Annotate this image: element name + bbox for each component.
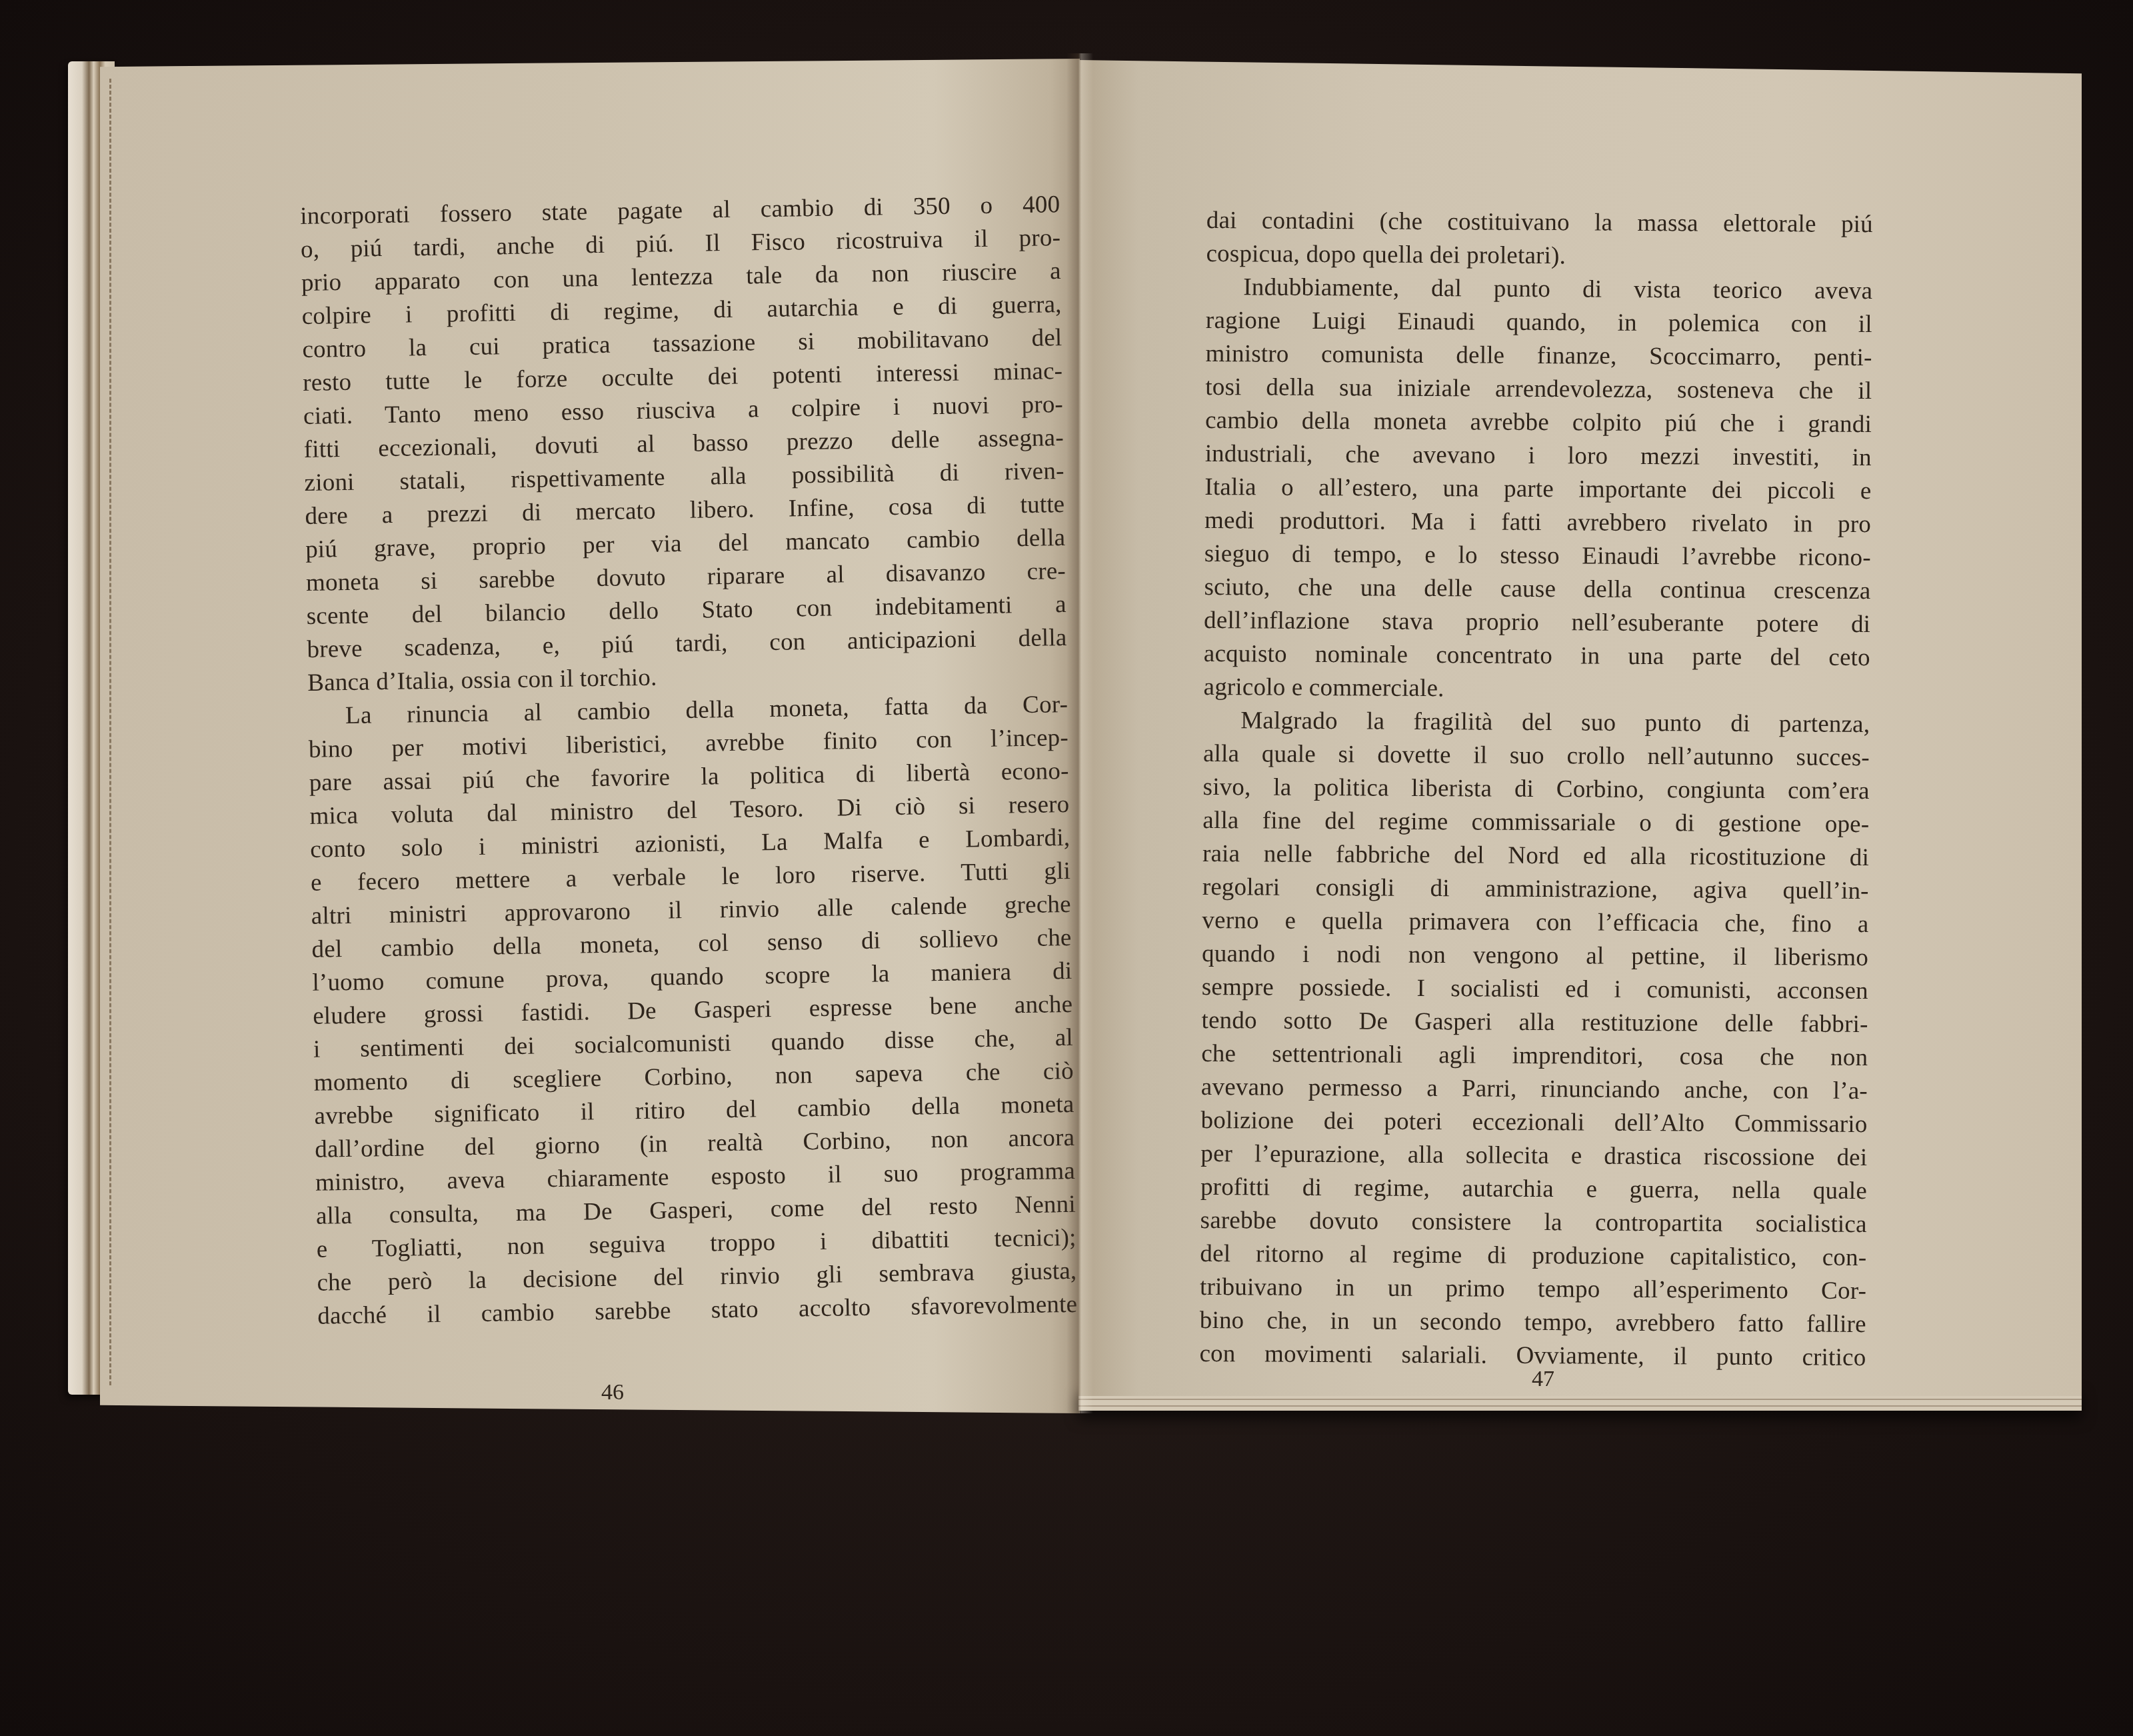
text-line: per l’epurazione, alla sollecita e drast… — [1200, 1137, 1867, 1175]
right-page: dai contadini (che costituivano la massa… — [1078, 56, 2082, 1396]
left-page: incorporati fossero state pagate al camb… — [100, 59, 1080, 1413]
text-line: agricolo e commerciale. — [1203, 671, 1870, 708]
text-line: del ritorno al regime di produzione capi… — [1200, 1237, 1866, 1275]
deckle-edge — [109, 79, 115, 1385]
text-line: ragione Luigi Einaudi quando, in polemic… — [1206, 304, 1872, 341]
text-line: sempre possiede. I socialisti ed i comun… — [1202, 971, 1868, 1008]
text-line: Italia o all’estero, una parte important… — [1204, 471, 1871, 508]
left-page-text: incorporati fossero state pagate al camb… — [300, 188, 1078, 1333]
text-line: quando i nodi non vengono al pettine, il… — [1202, 937, 1868, 975]
text-line: Malgrado la fragilità del suo punto di p… — [1203, 704, 1870, 741]
text-line: sciuto, che una delle cause della contin… — [1204, 571, 1870, 608]
text-line: medi produttori. Ma i fatti avrebbero ri… — [1204, 504, 1871, 541]
text-line: verno e quella primavera con l’efficacia… — [1202, 904, 1868, 941]
text-line: alla fine del regime commissariale o di … — [1202, 804, 1869, 841]
text-line: bolizione dei poteri eccezionali dell’Al… — [1200, 1104, 1867, 1141]
text-line: avevano permesso a Parri, rinunciando an… — [1201, 1071, 1868, 1108]
text-line: cospicua, dopo quella dei proletari). — [1206, 237, 1872, 275]
text-line: industriali, che avevano i loro mezzi in… — [1205, 437, 1872, 475]
text-line: tosi della sua iniziale arrendevolezza, … — [1205, 371, 1872, 408]
text-line: ministro comunista delle finanze, Scocci… — [1205, 337, 1872, 375]
text-line: sieguo di tempo, e lo stesso Einaudi l’a… — [1204, 537, 1871, 575]
text-line: profitti di regime, autarchia e guerra, … — [1200, 1171, 1867, 1208]
right-page-text: dai contadini (che costituivano la massa… — [1199, 204, 1873, 1375]
text-line: bino che, in un secondo tempo, avrebbero… — [1200, 1304, 1866, 1341]
text-line: dell’inflazione stava proprio nell’esube… — [1204, 604, 1870, 641]
page-number-left: 46 — [601, 1380, 624, 1405]
book-gutter — [1066, 53, 1093, 1413]
text-line: acquisto nominale concentrato in una par… — [1204, 637, 1870, 675]
text-line: Indubbiamente, dal punto di vista teoric… — [1206, 271, 1872, 308]
text-line: tribuivano in un primo tempo all’esperim… — [1200, 1271, 1866, 1308]
text-line: tendo sotto De Gasperi alla restituzione… — [1201, 1004, 1868, 1041]
text-line: che settentrionali agli imprenditori, co… — [1201, 1037, 1868, 1075]
text-line: sarebbe dovuto consistere la controparti… — [1200, 1204, 1867, 1241]
text-line: sivo, la politica liberista di Corbino, … — [1203, 771, 1870, 808]
text-line: raia nelle fabbriche del Nord ed alla ri… — [1202, 837, 1869, 875]
page-number-right: 47 — [1532, 1367, 1554, 1392]
text-line: alla quale si dovette il suo crollo nell… — [1203, 737, 1870, 775]
text-line: regolari consigli di amministrazione, ag… — [1202, 871, 1869, 908]
text-line: dai contadini (che costituivano la massa… — [1206, 204, 1873, 241]
text-line: cambio della moneta avrebbe colpito piú … — [1205, 404, 1872, 441]
